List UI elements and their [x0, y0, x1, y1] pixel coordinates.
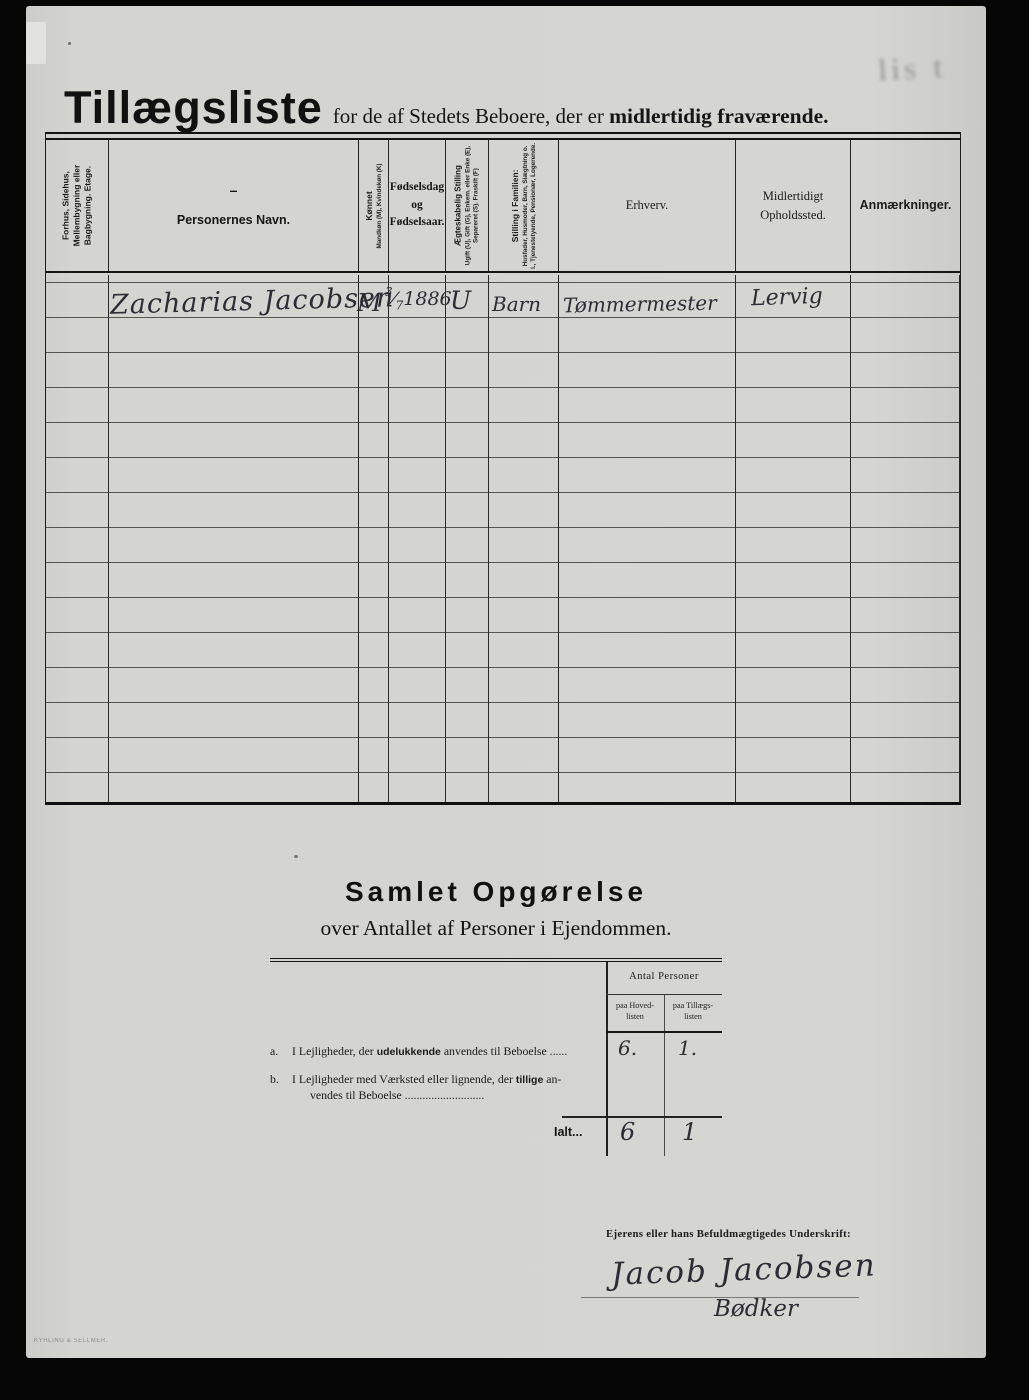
body-col-residence	[736, 275, 851, 802]
header-temporary-residence: Midlertidigt Opholdssted.	[736, 140, 851, 271]
total-row-rule	[562, 1116, 722, 1118]
header-sex: Kønnet Mandkøn (M), Kvindekøn (K)	[359, 140, 389, 271]
header-remarks-label: Anmærkninger.	[860, 196, 952, 215]
body-col-marital	[446, 275, 489, 802]
header-family-position: Stilling i Familien: Husfader, Husmoder,…	[489, 140, 559, 271]
summary-subtitle: over Antallet af Personer i Ejendommen.	[186, 916, 806, 941]
signature-caption: Ejerens eller hans Befuldmægtigedes Unde…	[606, 1228, 851, 1240]
row-a-text-pre: I Lejligheder, der	[292, 1044, 377, 1058]
signature-occupation: Bødker	[714, 1296, 798, 1322]
body-col-sex	[359, 275, 389, 802]
summary-count-header: Antal Personer	[606, 971, 722, 982]
row-a-text-bold: udelukkende	[377, 1046, 441, 1058]
ink-speck	[294, 855, 298, 858]
row1-sex-value: M	[357, 289, 382, 317]
header-remarks: Anmærkninger.	[851, 140, 960, 271]
summary-tillaegslisten-header: paa Tillægs- listen	[664, 1000, 722, 1022]
row1-family-value: Barn	[492, 292, 541, 316]
row1-birthdate-value: 3⁄71886	[385, 287, 452, 313]
header-building-line1: Forhus, Sidehus,	[60, 142, 71, 268]
paper-corner-patch	[26, 22, 46, 64]
body-col-remarks	[851, 275, 960, 802]
header-birth-line1: Fødselsdag	[390, 179, 444, 197]
census-form-page: lis t Tillægslistefor de af Stedets Bebo…	[26, 6, 986, 1358]
header-marital-status: Ægteskabelig Stilling Ugift (U), Gift (G…	[446, 140, 489, 271]
header-birthdate: Fødselsdag og Fødselsaar.	[389, 140, 446, 271]
row-a-hovedlisten-value: 6.	[618, 1036, 637, 1060]
row-b-text-pre: I Lejligheder med Værksted eller lignend…	[292, 1072, 516, 1086]
header-name-dash: –	[230, 185, 238, 195]
header-building: Forhus, Sidehus, Mellembygning eller Bag…	[46, 140, 109, 271]
summary-row-b-line1: b.I Lejligheder med Værksted eller ligne…	[270, 1072, 605, 1087]
summary-row-b-line2: vendes til Beboelse ....................…	[310, 1088, 610, 1103]
subtitle-regular: for de af Stedets Beboere, der er	[333, 104, 604, 128]
header-residence-line1: Midlertidigt	[763, 187, 823, 206]
header-family-main: Stilling i Familien:	[510, 142, 521, 268]
header-sex-sub: Mandkøn (M), Kvindekøn (K)	[376, 143, 384, 269]
row1-residence-value: Lervig	[751, 284, 824, 311]
row-a-label: a.	[270, 1044, 292, 1059]
summary-table: Antal Personer paa Hoved- listen paa Til…	[270, 958, 722, 1156]
total-tillaegslisten-value: 1	[682, 1118, 697, 1146]
ink-speck	[68, 42, 71, 45]
header-residence-line2: Opholdssted.	[760, 206, 826, 225]
body-col-birthdate	[389, 275, 446, 802]
body-col-occupation	[559, 275, 736, 802]
page-subtitle: for de af Stedets Beboere, der er midler…	[333, 104, 829, 128]
subtitle-bold: midlertidig fraværende.	[609, 104, 828, 128]
summary-count-header-rule	[606, 994, 722, 995]
tillaegslisten-line1: paa Tillægs-	[664, 1000, 722, 1011]
header-marital-main: Ægteskabelig Stilling	[453, 142, 463, 268]
summary-left-rule	[606, 962, 608, 1156]
row1-occupation-value: Tømmermester	[563, 291, 717, 318]
header-sex-main: Kønnet	[364, 143, 375, 269]
total-hovedlisten-value: 6	[620, 1118, 635, 1146]
table-body: Zacharias Jacobsen M 3⁄71886 U Barn Tømm…	[46, 275, 960, 802]
table-header-row: Forhus, Sidehus, Mellembygning eller Bag…	[46, 140, 960, 273]
row1-birth-day: 3	[385, 285, 393, 299]
hovedlisten-line2: listen	[606, 1011, 664, 1022]
row1-birth-year: 1886	[403, 288, 451, 310]
header-name: – Personernes Navn.	[109, 140, 359, 271]
header-birth-line3: Fødselsaar.	[390, 214, 445, 232]
signature-name: Jacob Jacobsen	[610, 1247, 877, 1292]
absentee-table: Forhus, Sidehus, Mellembygning eller Bag…	[45, 132, 961, 805]
summary-title: Samlet Opgørelse	[186, 876, 806, 908]
summary-hovedlisten-header: paa Hoved- listen	[606, 1000, 664, 1022]
hovedlisten-line1: paa Hoved-	[606, 1000, 664, 1011]
row-b-text-post: an-	[543, 1072, 561, 1086]
tillaegslisten-line2: listen	[664, 1011, 722, 1022]
row-b-text-bold: tillige	[516, 1074, 543, 1086]
body-col-building	[46, 275, 109, 802]
page-header: Tillægslistefor de af Stedets Beboere, d…	[64, 82, 964, 134]
header-family-sub: Husfader, Husmoder, Barn, Slægtning o. l…	[522, 142, 538, 268]
header-building-line2: Mellembygning eller	[71, 142, 82, 268]
row-a-text-post: anvendes til Beboelse ......	[441, 1044, 567, 1058]
header-occupation-label: Erhverv.	[626, 196, 669, 215]
summary-subheader-rule	[606, 1031, 722, 1033]
header-building-line3: Bagbygning. Etage.	[83, 142, 94, 268]
body-col-family	[489, 275, 559, 802]
header-name-label: Personernes Navn.	[177, 213, 290, 227]
row-b-label: b.	[270, 1072, 292, 1087]
page-title: Tillægsliste	[64, 82, 323, 133]
header-birth-line2: og	[411, 197, 423, 215]
header-marital-sub: Ugift (U), Gift (G), Enkem. eller Enke (…	[465, 142, 481, 268]
body-col-name	[109, 275, 359, 802]
header-occupation: Erhverv.	[559, 140, 736, 271]
row-a-tillaegslisten-value: 1.	[678, 1036, 697, 1060]
row1-marital-value: U	[450, 286, 471, 315]
summary-row-a: a.I Lejligheder, der udelukkende anvende…	[270, 1044, 605, 1059]
total-label: Ialt...	[554, 1125, 582, 1139]
printer-mark: KYHLING & SELLMER.	[34, 1338, 108, 1344]
